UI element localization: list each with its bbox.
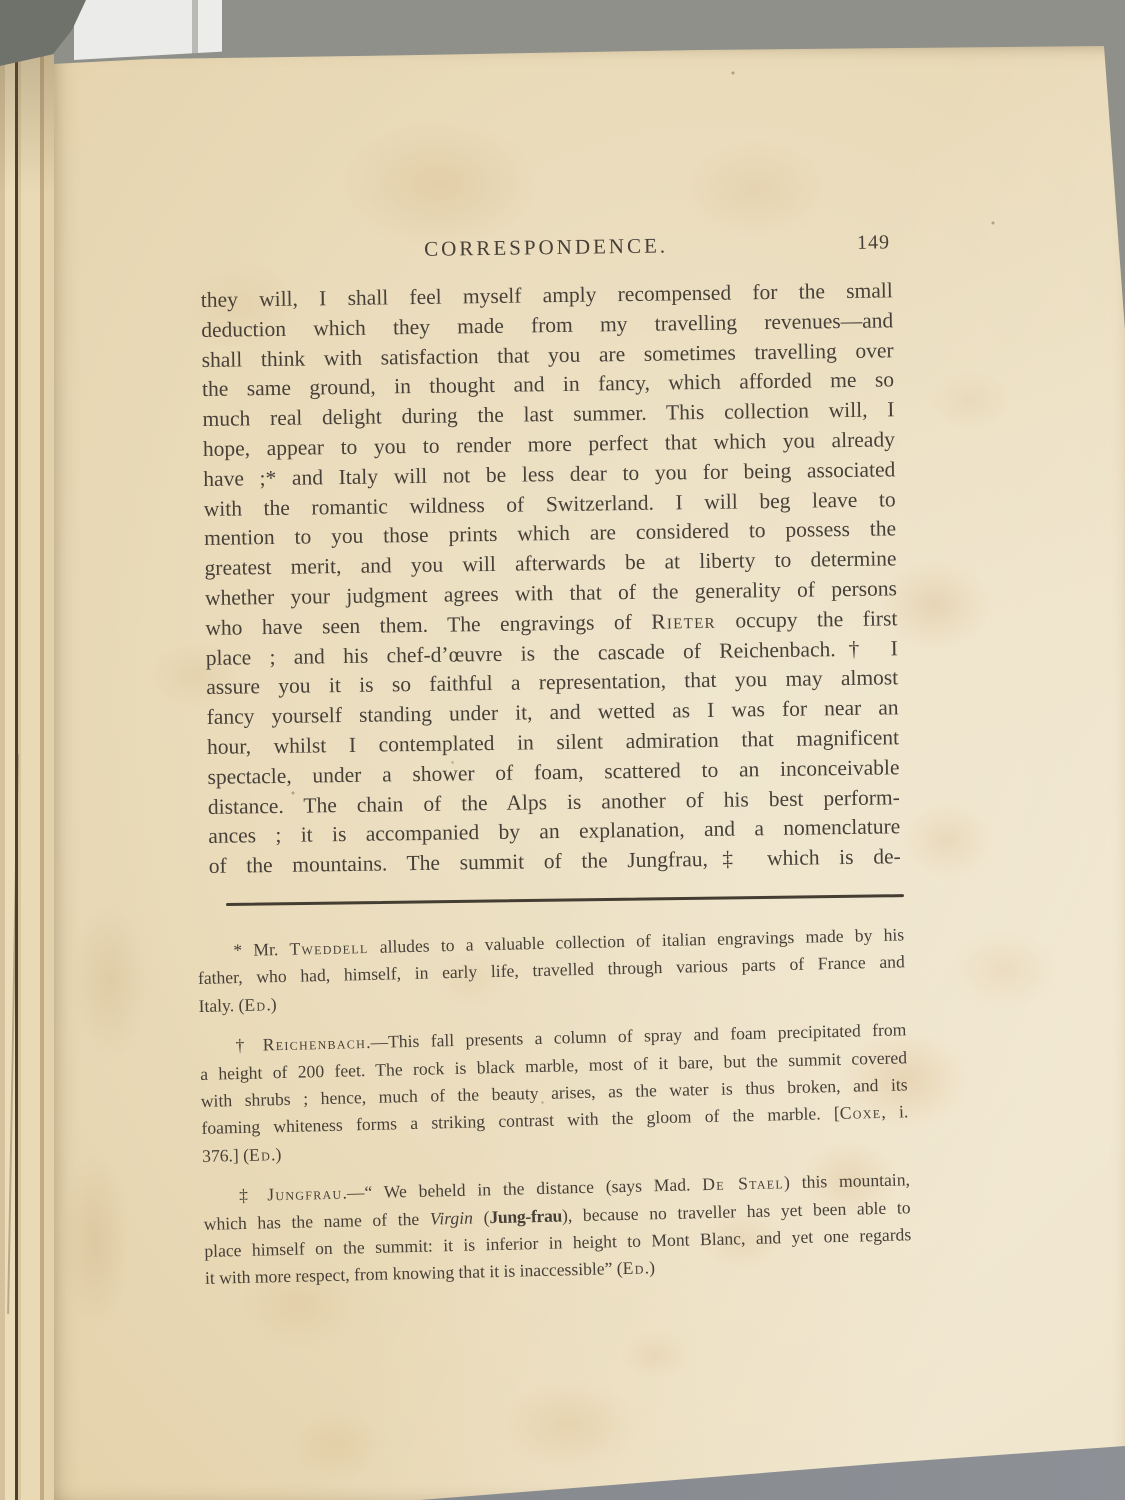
book-photo: CORRESPONDENCE. 149 they will, I shall f…: [0, 0, 1125, 1500]
footnote-tweddell: * Mr. Tweddell alludes to a valuable col…: [197, 921, 906, 1020]
white-card: [74, 0, 222, 60]
printed-text-block: CORRESPONDENCE. 149 they will, I shall f…: [200, 230, 901, 882]
footnote-reichenbach: † Reichenbach.—This fall presents a colu…: [199, 1017, 909, 1171]
page-edge-crack: [7, 754, 19, 1314]
footnote-jungfrau: ‡ Jungfrau.—“ We beheld in the distance …: [203, 1167, 912, 1293]
body-text: they will, I shall feel myself amply rec…: [201, 276, 901, 882]
page-number: 149: [857, 231, 890, 254]
footnotes: * Mr. Tweddell alludes to a valuable col…: [197, 921, 912, 1292]
book-fore-edge: [0, 54, 54, 1500]
